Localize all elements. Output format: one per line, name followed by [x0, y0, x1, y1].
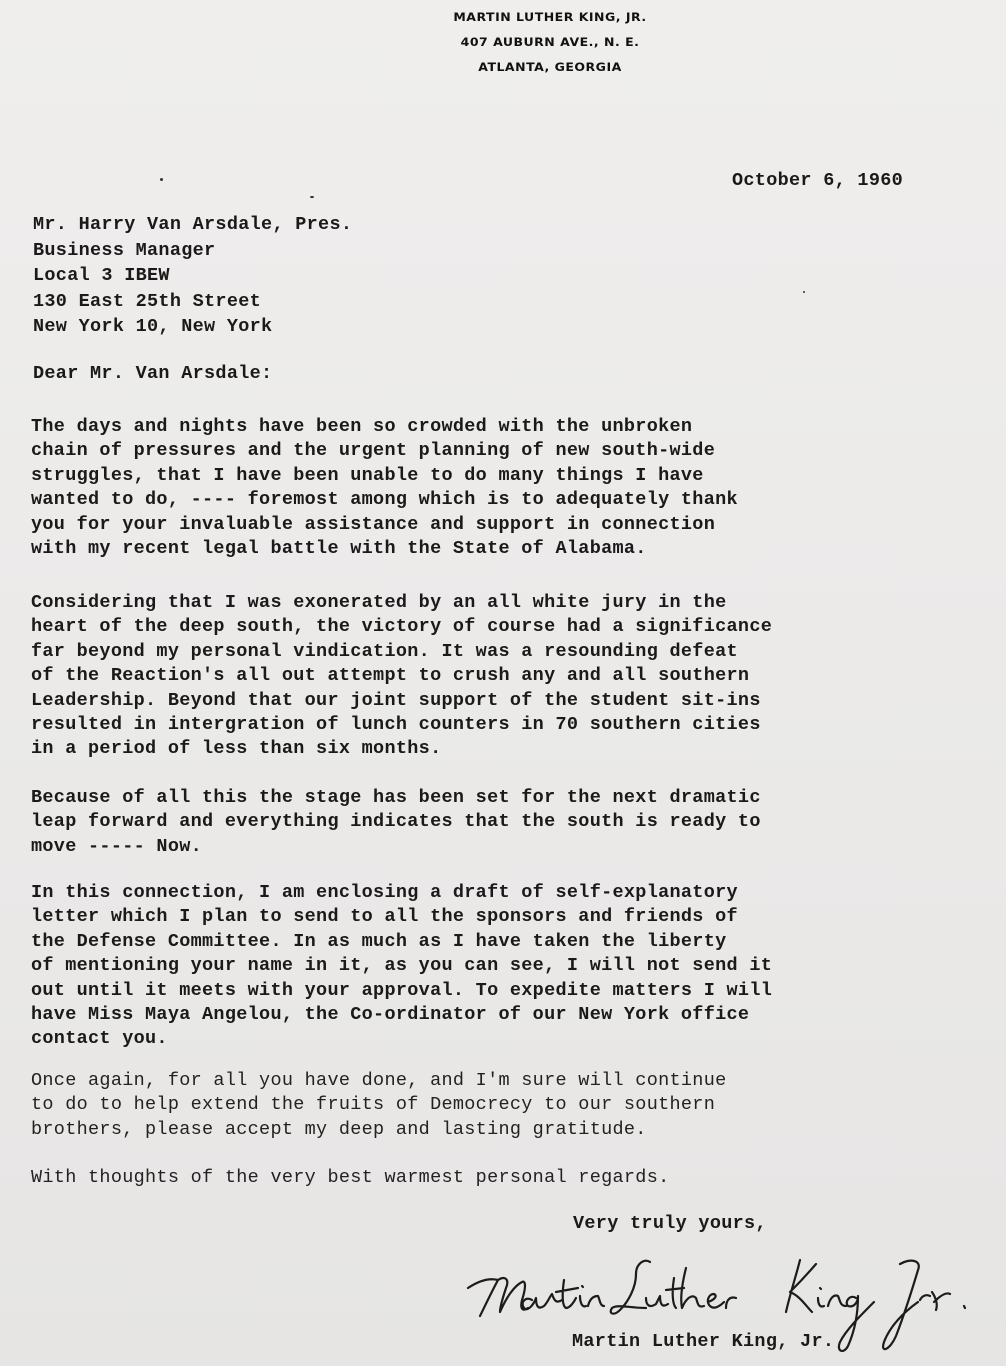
text-line: contact you. [31, 1027, 772, 1051]
text-line: you for your invaluable assistance and s… [31, 513, 738, 537]
text-line: with my recent legal battle with the Sta… [31, 537, 738, 561]
text-line: Considering that I was exonerated by an … [31, 591, 772, 615]
letterhead-street: 407 AUBURN AVE., N. E. [0, 30, 1006, 54]
recipient-organization: Local 3 IBEW [33, 263, 352, 289]
text-line: have Miss Maya Angelou, the Co-ordinator… [31, 1003, 772, 1027]
text-line: heart of the deep south, the victory of … [31, 615, 772, 639]
recipient-name: Mr. Harry Van Arsdale, Pres. [33, 212, 352, 238]
text-line: to do to help extend the fruits of Democ… [31, 1093, 727, 1117]
salutation: Dear Mr. Van Arsdale: [33, 363, 272, 384]
text-line: With thoughts of the very best warmest p… [31, 1166, 670, 1190]
text-line: far beyond my personal vindication. It w… [31, 640, 772, 664]
paragraph-4: In this connection, I am enclosing a dra… [31, 881, 772, 1052]
typed-signature: Martin Luther King, Jr. [572, 1331, 834, 1352]
recipient-address: Mr. Harry Van Arsdale, Pres.Business Man… [33, 212, 352, 340]
letter-date: October 6, 1960 [732, 170, 903, 191]
text-line: the Defense Committee. In as much as I h… [31, 930, 772, 954]
letter-page: MARTIN LUTHER KING, JR. 407 AUBURN AVE.,… [0, 0, 1006, 1366]
text-line: resulted in intergration of lunch counte… [31, 713, 772, 737]
text-line: The days and nights have been so crowded… [31, 415, 738, 439]
text-line: brothers, please accept my deep and last… [31, 1118, 727, 1142]
text-line: move ----- Now. [31, 835, 761, 859]
text-line: Once again, for all you have done, and I… [31, 1069, 727, 1093]
paragraph-5: Once again, for all you have done, and I… [31, 1069, 727, 1142]
text-line: of mentioning your name in it, as you ca… [31, 954, 772, 978]
text-line: wanted to do, ---- foremost among which … [31, 488, 738, 512]
text-line: In this connection, I am enclosing a dra… [31, 881, 772, 905]
paragraph-3: Because of all this the stage has been s… [31, 786, 761, 859]
ink-speck [310, 196, 314, 198]
recipient-street: 130 East 25th Street [33, 289, 352, 315]
text-line: of the Reaction's all out attempt to cru… [31, 664, 772, 688]
text-line: Because of all this the stage has been s… [31, 786, 761, 810]
paragraph-6: With thoughts of the very best warmest p… [31, 1166, 670, 1190]
text-line: Leadership. Beyond that our joint suppor… [31, 689, 772, 713]
text-line: out until it meets with your approval. T… [31, 979, 772, 1003]
text-line: letter which I plan to send to all the s… [31, 905, 772, 929]
letterhead-name: MARTIN LUTHER KING, JR. [0, 5, 1006, 29]
closing: Very truly yours, [573, 1213, 767, 1234]
paragraph-1: The days and nights have been so crowded… [31, 415, 738, 561]
ink-speck [803, 291, 805, 293]
letterhead: MARTIN LUTHER KING, JR. 407 AUBURN AVE.,… [0, 4, 1006, 79]
recipient-title: Business Manager [33, 238, 352, 264]
text-line: struggles, that I have been unable to do… [31, 464, 738, 488]
letterhead-city: ATLANTA, GEORGIA [0, 55, 1006, 79]
ink-speck [160, 178, 163, 181]
recipient-city: New York 10, New York [33, 314, 352, 340]
text-line: leap forward and everything indicates th… [31, 810, 761, 834]
text-line: chain of pressures and the urgent planni… [31, 439, 738, 463]
paragraph-2: Considering that I was exonerated by an … [31, 591, 772, 762]
text-line: in a period of less than six months. [31, 737, 772, 761]
